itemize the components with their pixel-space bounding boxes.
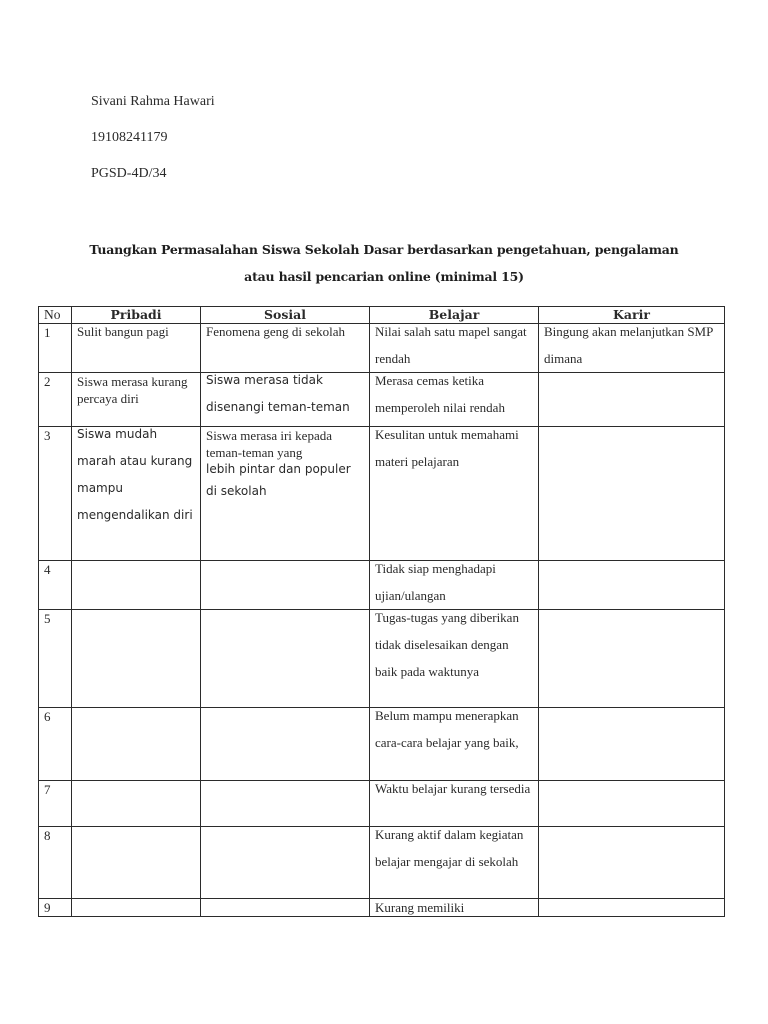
cell-sosial — [201, 827, 370, 899]
table-row: 1Sulit bangun pagiFenomena geng di sekol… — [39, 324, 725, 373]
cell-pribadi: Siswa mudah marah atau kurang mampu meng… — [72, 427, 201, 561]
cell-belajar: Kurang aktif dalam kegiatan belajar meng… — [370, 827, 539, 899]
cell-belajar: Kesulitan untuk memahami materi pelajara… — [370, 427, 539, 561]
cell-karir — [539, 373, 725, 427]
cell-pribadi: Sulit bangun pagi — [72, 324, 201, 373]
cell-pribadi — [72, 610, 201, 708]
document-title-line1: Tuangkan Permasalahan Siswa Sekolah Dasa… — [0, 242, 768, 257]
cell-sosial — [201, 561, 370, 610]
cell-pribadi — [72, 899, 201, 917]
cell-belajar: Tidak siap menghadapi ujian/ulangan — [370, 561, 539, 610]
cell-pribadi — [72, 781, 201, 827]
table-row: 4Tidak siap menghadapi ujian/ulangan — [39, 561, 725, 610]
cell-belajar: Tugas-tugas yang diberikan tidak diseles… — [370, 610, 539, 708]
cell-karir — [539, 899, 725, 917]
cell-karir — [539, 561, 725, 610]
cell-no: 3 — [39, 427, 72, 561]
cell-no: 2 — [39, 373, 72, 427]
table-row: 5Tugas-tugas yang diberikan tidak disele… — [39, 610, 725, 708]
cell-karir: Bingung akan melanjutkan SMP dimana — [539, 324, 725, 373]
cell-text: Bingung akan melanjutkan SMP dimana — [544, 324, 719, 373]
cell-belajar: Waktu belajar kurang tersedia — [370, 781, 539, 827]
cell-sosial: Siswa merasa tidak disenangi teman-teman — [201, 373, 370, 427]
cell-text: Siswa merasa kurang percaya diri — [77, 373, 195, 407]
table-row: 2Siswa merasa kurang percaya diriSiswa m… — [39, 373, 725, 427]
cell-no: 7 — [39, 781, 72, 827]
cell-text: Siswa mudah marah atau kurang mampu meng… — [77, 427, 195, 530]
cell-belajar: Kurang memiliki — [370, 899, 539, 917]
cell-karir — [539, 610, 725, 708]
cell-text: Belum mampu menerapkan cara-cara belajar… — [375, 708, 533, 757]
cell-text: Kurang aktif dalam kegiatan belajar meng… — [375, 827, 533, 876]
student-name: Sivani Rahma Hawari — [91, 94, 215, 110]
cell-text: 3 — [44, 427, 66, 444]
cell-belajar: Merasa cemas ketika memperoleh nilai ren… — [370, 373, 539, 427]
cell-belajar: Nilai salah satu mapel sangat rendah — [370, 324, 539, 373]
table-row: 7Waktu belajar kurang tersedia — [39, 781, 725, 827]
cell-sosial — [201, 610, 370, 708]
cell-text: 9 — [44, 899, 66, 916]
cell-sosial — [201, 899, 370, 917]
cell-belajar: Belum mampu menerapkan cara-cara belajar… — [370, 708, 539, 781]
cell-text: 7 — [44, 781, 66, 798]
table-row: 3Siswa mudah marah atau kurang mampu men… — [39, 427, 725, 561]
cell-sosial: Siswa merasa iri kepada teman-teman yang… — [201, 427, 370, 561]
cell-text: Fenomena geng di sekolah — [206, 324, 364, 346]
table-header-row: No Pribadi Sosial Belajar Karir — [39, 307, 725, 324]
cell-sosial: Fenomena geng di sekolah — [201, 324, 370, 373]
cell-text: 6 — [44, 708, 66, 725]
student-class: PGSD-4D/34 — [91, 166, 166, 182]
cell-no: 9 — [39, 899, 72, 917]
table-row: 8Kurang aktif dalam kegiatan belajar men… — [39, 827, 725, 899]
column-header-sosial: Sosial — [201, 307, 370, 324]
cell-no: 1 — [39, 324, 72, 373]
cell-text: Tugas-tugas yang diberikan tidak diseles… — [375, 610, 533, 686]
cell-no: 6 — [39, 708, 72, 781]
cell-sosial — [201, 781, 370, 827]
cell-karir — [539, 781, 725, 827]
cell-text: Siswa merasa iri kepada teman-teman yang… — [206, 427, 364, 505]
cell-no: 8 — [39, 827, 72, 899]
problems-table: No Pribadi Sosial Belajar Karir 1Sulit b… — [38, 306, 725, 917]
cell-sosial — [201, 708, 370, 781]
cell-karir — [539, 708, 725, 781]
cell-text: Merasa cemas ketika memperoleh nilai ren… — [375, 373, 533, 422]
cell-text: 4 — [44, 561, 66, 578]
cell-text: Siswa merasa tidak disenangi teman-teman — [206, 373, 364, 422]
column-header-karir: Karir — [539, 307, 725, 324]
document-title-line2: atau hasil pencarian online (minimal 15) — [0, 269, 768, 284]
cell-text: Nilai salah satu mapel sangat rendah — [375, 324, 533, 373]
column-header-no: No — [39, 307, 72, 324]
cell-karir — [539, 827, 725, 899]
column-header-pribadi: Pribadi — [72, 307, 201, 324]
cell-text: 8 — [44, 827, 66, 844]
cell-pribadi: Siswa merasa kurang percaya diri — [72, 373, 201, 427]
cell-karir — [539, 427, 725, 561]
cell-text: Waktu belajar kurang tersedia — [375, 781, 533, 803]
cell-pribadi — [72, 827, 201, 899]
student-id: 19108241179 — [91, 130, 167, 146]
cell-pribadi — [72, 708, 201, 781]
cell-text: 2 — [44, 373, 66, 390]
cell-no: 4 — [39, 561, 72, 610]
cell-text: Kesulitan untuk memahami materi pelajara… — [375, 427, 533, 476]
cell-no: 5 — [39, 610, 72, 708]
cell-text: Tidak siap menghadapi ujian/ulangan — [375, 561, 533, 610]
cell-text: 5 — [44, 610, 66, 627]
table-row: 9Kurang memiliki — [39, 899, 725, 917]
cell-text: Kurang memiliki — [375, 899, 533, 916]
cell-text: Sulit bangun pagi — [77, 324, 195, 346]
column-header-belajar: Belajar — [370, 307, 539, 324]
table-row: 6Belum mampu menerapkan cara-cara belaja… — [39, 708, 725, 781]
cell-text: 1 — [44, 324, 66, 341]
cell-pribadi — [72, 561, 201, 610]
